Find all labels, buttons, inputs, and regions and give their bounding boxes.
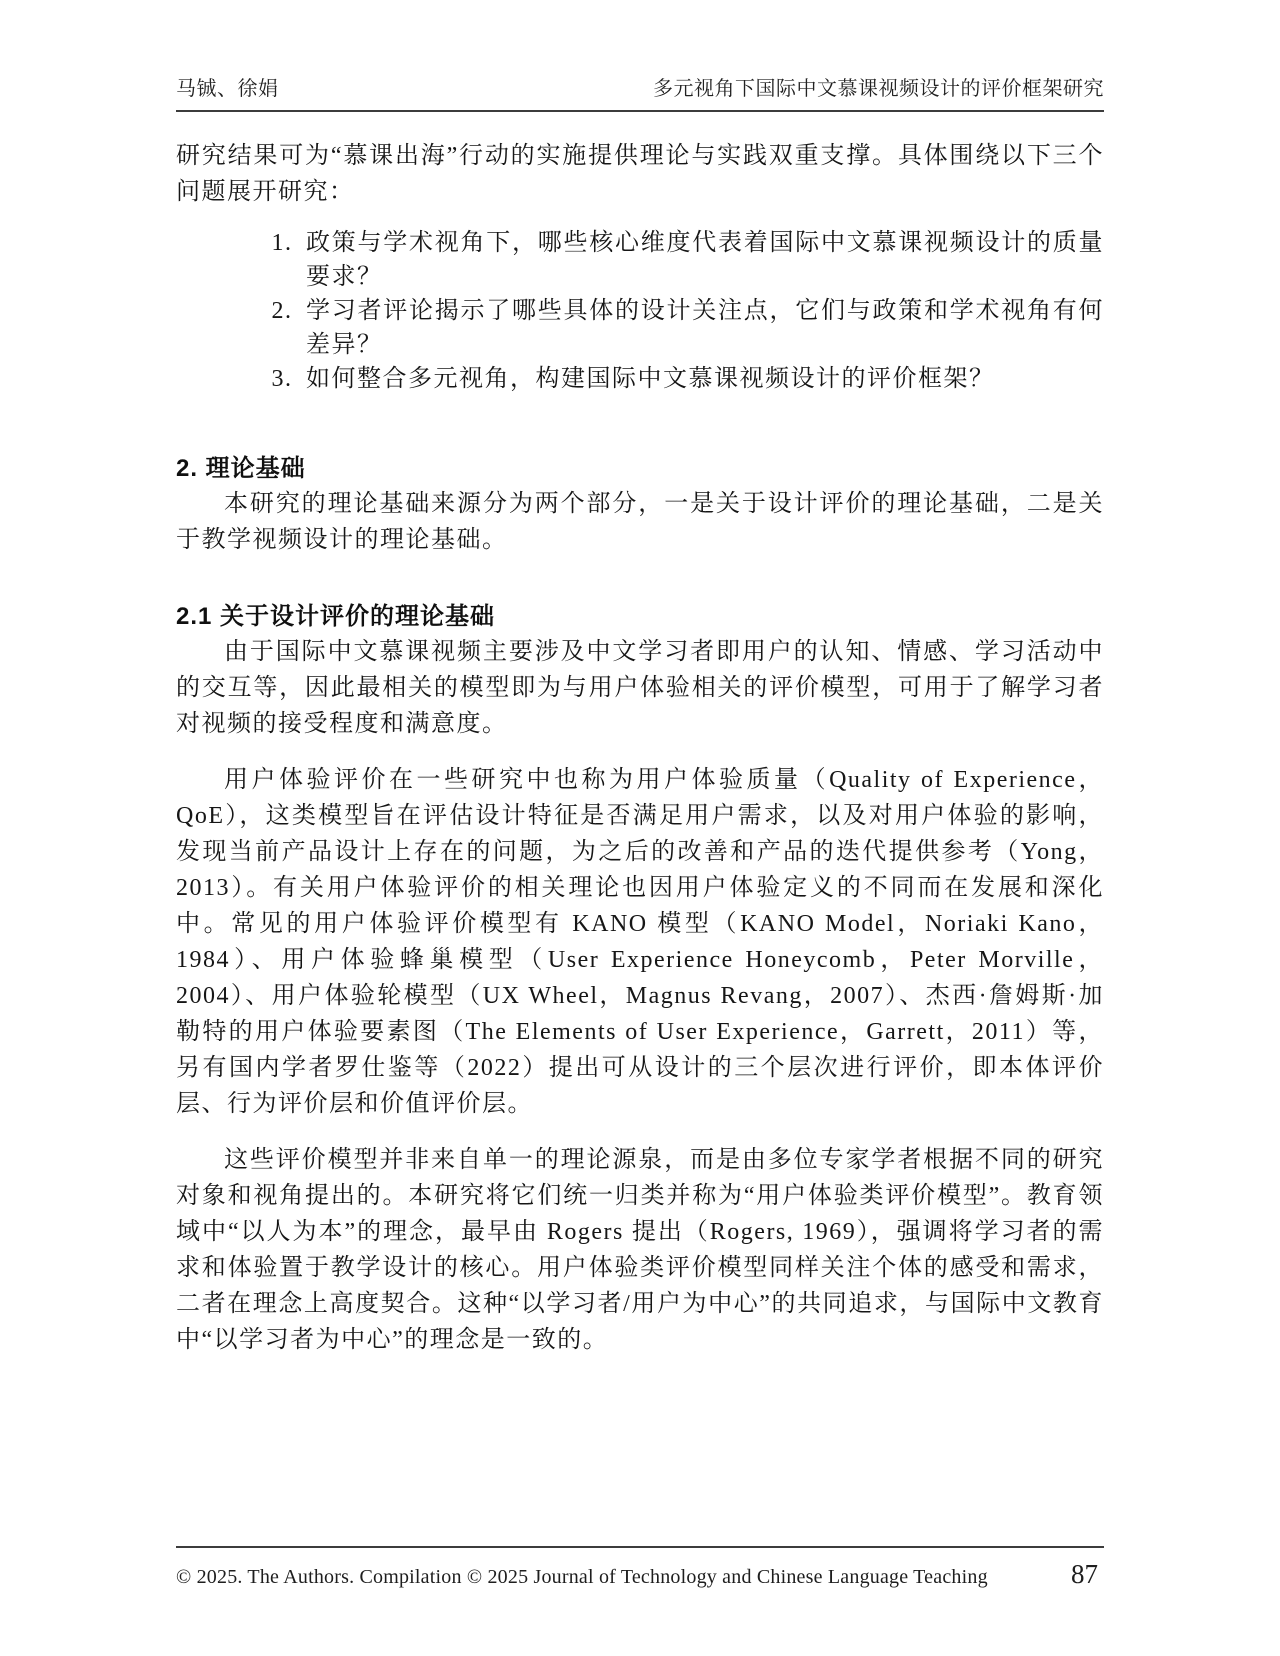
- document-page: 马铖、徐娟 多元视角下国际中文慕课视频设计的评价框架研究 研究结果可为“慕课出海…: [0, 0, 1280, 1656]
- research-question-1: 政策与学术视角下，哪些核心维度代表着国际中文慕课视频设计的质量要求？: [300, 226, 1104, 294]
- page-body: 研究结果可为“慕课出海”行动的实施提供理论与实践双重支撑。具体围绕以下三个问题展…: [176, 138, 1104, 1358]
- section-2-1-paragraph-2: 用户体验评价在一些研究中也称为用户体验质量（Quality of Experie…: [176, 762, 1104, 1122]
- section-2-lead-paragraph: 本研究的理论基础来源分为两个部分，一是关于设计评价的理论基础，二是关于教学视频设…: [176, 486, 1104, 558]
- section-2-1-paragraph-1: 由于国际中文慕课视频主要涉及中文学习者即用户的认知、情感、学习活动中的交互等，因…: [176, 634, 1104, 742]
- footer-copyright: © 2025. The Authors. Compilation © 2025 …: [176, 1566, 988, 1589]
- running-header: 马铖、徐娟 多元视角下国际中文慕课视频设计的评价框架研究: [176, 72, 1104, 112]
- research-question-list: 政策与学术视角下，哪些核心维度代表着国际中文慕课视频设计的质量要求？ 学习者评论…: [176, 226, 1104, 396]
- header-paper-title: 多元视角下国际中文慕课视频设计的评价框架研究: [653, 72, 1104, 101]
- header-authors: 马铖、徐娟: [176, 72, 279, 101]
- running-footer: © 2025. The Authors. Compilation © 2025 …: [176, 1546, 1104, 1590]
- research-question-2: 学习者评论揭示了哪些具体的设计关注点，它们与政策和学术视角有何差异？: [300, 294, 1104, 362]
- section-2-heading: 2. 理论基础: [176, 452, 1104, 486]
- intro-paragraph: 研究结果可为“慕课出海”行动的实施提供理论与实践双重支撑。具体围绕以下三个问题展…: [176, 138, 1104, 210]
- section-2-1-heading: 2.1 关于设计评价的理论基础: [176, 600, 1104, 634]
- section-2-1-paragraph-3: 这些评价模型并非来自单一的理论源泉，而是由多位专家学者根据不同的研究对象和视角提…: [176, 1142, 1104, 1358]
- research-question-3: 如何整合多元视角，构建国际中文慕课视频设计的评价框架？: [300, 362, 1104, 396]
- footer-page-number: 87: [1071, 1559, 1104, 1590]
